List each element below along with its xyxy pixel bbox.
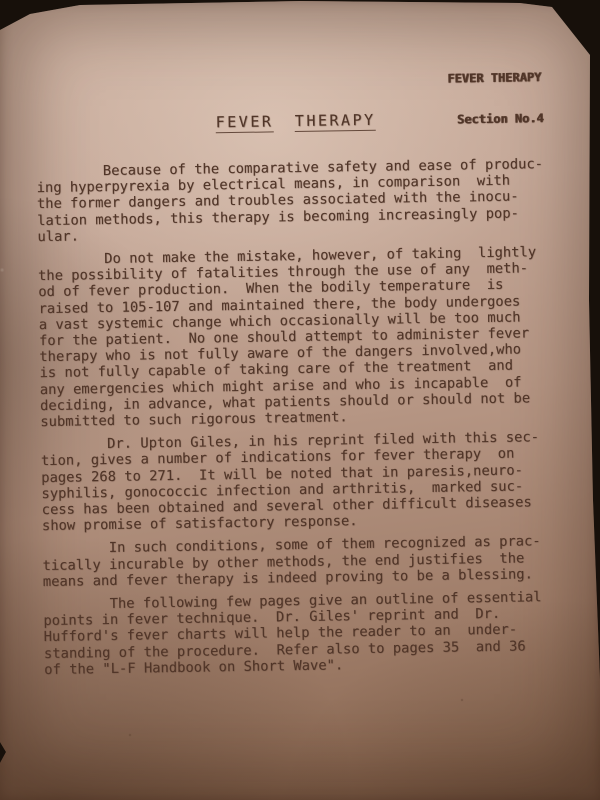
section-header: FEVER THERAPY Section No.4 xyxy=(447,44,544,153)
paper-page: FEVER THERAPY Section No.4 FEVER THERAPY… xyxy=(0,0,600,800)
paragraph-3: Dr. Upton Giles, in his reprint filed wi… xyxy=(41,429,576,535)
page-title-word-1: FEVER xyxy=(216,112,274,133)
paragraph-2: Do not make the mistake, however, of tak… xyxy=(38,244,575,431)
section-header-title: FEVER THERAPY xyxy=(447,71,543,86)
page-title-word-2: THERAPY xyxy=(295,111,376,132)
photo-background: FEVER THERAPY Section No.4 FEVER THERAPY… xyxy=(0,0,600,800)
paragraph-5: The following few pages give an outline … xyxy=(43,589,578,678)
paragraph-4: In such conditions, some of them recogni… xyxy=(42,533,577,590)
page-content: FEVER THERAPY Section No.4 FEVER THERAPY… xyxy=(0,0,600,800)
paragraph-1: Because of the comparative safety and ea… xyxy=(36,156,571,245)
document-body: Because of the comparative safety and ea… xyxy=(36,156,578,678)
